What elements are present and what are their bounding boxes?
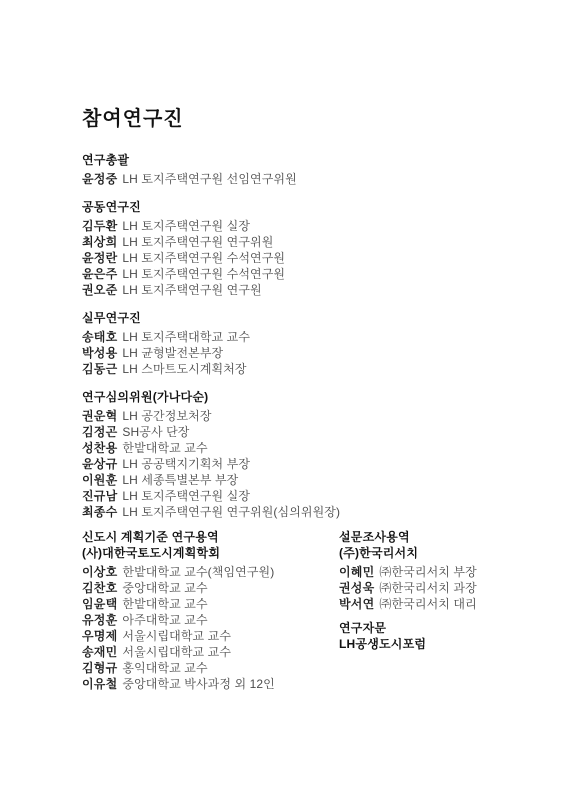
member-name: 박성용 (82, 346, 117, 360)
section-research-advisory: 연구자문 LH공생도시포럼 (339, 620, 544, 652)
member-affiliation: ㈜한국리서치 부장 (379, 565, 476, 579)
document-page: 참여연구진 연구총괄 윤정중LH 토지주택연구원 선임연구위원 공동연구진 김두… (0, 0, 566, 800)
member-row: 권운혁LH 공간정보처장 (82, 408, 544, 424)
member-list: 이혜민㈜한국리서치 부장 권성욱㈜한국리서치 과장 박서연㈜한국리서치 대리 (339, 564, 544, 612)
member-affiliation: LH 공공택지기획처 부장 (122, 457, 250, 471)
member-row: 진규남LH 토지주택연구원 실장 (82, 488, 544, 504)
member-affiliation: LH 토지주택연구원 연구위원 (122, 235, 273, 249)
member-name: 김찬호 (82, 581, 117, 595)
member-row: 성찬용한밭대학교 교수 (82, 440, 544, 456)
organization-name: (주)한국리서치 (339, 545, 544, 561)
member-affiliation: LH 토지주택연구원 실장 (122, 219, 250, 233)
member-row: 송재민서울시립대학교 교수 (82, 644, 339, 660)
section-working-researchers: 실무연구진 송태호LH 토지주택대학교 교수 박성용LH 균형발전본부장 김동근… (82, 310, 544, 377)
member-name: 최종수 (82, 505, 117, 519)
member-name: 이원훈 (82, 473, 117, 487)
member-name: 진규남 (82, 489, 117, 503)
member-name: 우명제 (82, 629, 117, 643)
member-affiliation: 중앙대학교 교수 (122, 581, 207, 595)
member-affiliation: ㈜한국리서치 대리 (379, 597, 476, 611)
organization-name: (사)대한국토도시계획학회 (82, 545, 339, 561)
section-research-director: 연구총괄 윤정중LH 토지주택연구원 선임연구위원 (82, 152, 544, 187)
member-affiliation: LH 토지주택연구원 수석연구원 (122, 267, 285, 281)
member-row: 임윤택한밭대학교 교수 (82, 596, 339, 612)
member-row: 박서연㈜한국리서치 대리 (339, 596, 544, 612)
section-heading: 실무연구진 (82, 310, 544, 326)
member-row: 권오준LH 토지주택연구원 연구원 (82, 282, 544, 298)
member-name: 이혜민 (339, 565, 374, 579)
member-name: 권운혁 (82, 409, 117, 423)
member-row: 이유철중앙대학교 박사과정 외 12인 (82, 676, 339, 692)
column-survey-service: 설문조사용역 (주)한국리서치 이혜민㈜한국리서치 부장 권성욱㈜한국리서치 과… (339, 529, 544, 692)
member-name: 성찬용 (82, 441, 117, 455)
member-name: 권오준 (82, 283, 117, 297)
member-name: 윤정란 (82, 251, 117, 265)
section-joint-researchers: 공동연구진 김두환LH 토지주택연구원 실장 최상희LH 토지주택연구원 연구위… (82, 199, 544, 298)
member-affiliation: LH 공간정보처장 (122, 409, 211, 423)
page-title: 참여연구진 (82, 106, 544, 132)
member-name: 이상호 (82, 565, 117, 579)
member-row: 김찬호중앙대학교 교수 (82, 580, 339, 596)
member-row: 권성욱㈜한국리서치 과장 (339, 580, 544, 596)
member-affiliation: LH 세종특별본부 부장 (122, 473, 238, 487)
member-affiliation: 서울시립대학교 교수 (122, 629, 231, 643)
member-name: 임윤택 (82, 597, 117, 611)
member-affiliation: LH 스마트도시계획처장 (122, 362, 246, 376)
member-row: 이혜민㈜한국리서치 부장 (339, 564, 544, 580)
member-list: 권운혁LH 공간정보처장 김정곤SH공사 단장 성찬용한밭대학교 교수 윤상규L… (82, 408, 544, 520)
member-name: 송재민 (82, 645, 117, 659)
member-row: 윤상규LH 공공택지기획처 부장 (82, 456, 544, 472)
member-affiliation: LH 균형발전본부장 (122, 346, 223, 360)
member-name: 윤정중 (82, 172, 117, 186)
section-review-committee: 연구심의위원(가나다순) 권운혁LH 공간정보처장 김정곤SH공사 단장 성찬용… (82, 389, 544, 520)
member-name: 박서연 (339, 597, 374, 611)
member-name: 김두환 (82, 219, 117, 233)
member-name: 김동근 (82, 362, 117, 376)
section-heading: 연구심의위원(가나다순) (82, 389, 544, 405)
member-affiliation: ㈜한국리서치 과장 (379, 581, 476, 595)
member-affiliation: 아주대학교 교수 (122, 613, 207, 627)
member-name: 김정곤 (82, 425, 117, 439)
member-row: 이상호한밭대학교 교수(책임연구원) (82, 564, 339, 580)
member-row: 최종수LH 토지주택연구원 연구위원(심의위원장) (82, 504, 544, 520)
member-affiliation: SH공사 단장 (122, 425, 189, 439)
member-row: 윤정중LH 토지주택연구원 선임연구위원 (82, 171, 544, 187)
member-name: 권성욱 (339, 581, 374, 595)
member-affiliation: 홍익대학교 교수 (122, 661, 207, 675)
member-row: 김정곤SH공사 단장 (82, 424, 544, 440)
member-name: 윤상규 (82, 457, 117, 471)
member-row: 윤정란LH 토지주택연구원 수석연구원 (82, 250, 544, 266)
page-content: 참여연구진 연구총괄 윤정중LH 토지주택연구원 선임연구위원 공동연구진 김두… (82, 106, 544, 692)
section-heading: 연구총괄 (82, 152, 544, 168)
section-heading: 공동연구진 (82, 199, 544, 215)
bottom-two-column-area: 신도시 계획기준 연구용역 (사)대한국토도시계획학회 이상호한밭대학교 교수(… (82, 529, 544, 692)
member-row: 박성용LH 균형발전본부장 (82, 345, 544, 361)
member-name: 송태호 (82, 330, 117, 344)
member-name: 윤은주 (82, 267, 117, 281)
member-affiliation: 한밭대학교 교수 (122, 441, 207, 455)
member-affiliation: 중앙대학교 박사과정 외 12인 (122, 677, 274, 691)
member-affiliation: 한밭대학교 교수 (122, 597, 207, 611)
member-name: 김형규 (82, 661, 117, 675)
service-heading: 신도시 계획기준 연구용역 (82, 529, 339, 545)
member-row: 송태호LH 토지주택대학교 교수 (82, 329, 544, 345)
member-row: 김동근LH 스마트도시계획처장 (82, 361, 544, 377)
member-affiliation: LH 토지주택대학교 교수 (122, 330, 250, 344)
member-affiliation: LH 토지주택연구원 연구위원(심의위원장) (122, 505, 340, 519)
member-row: 최상희LH 토지주택연구원 연구위원 (82, 234, 544, 250)
member-affiliation: LH 토지주택연구원 실장 (122, 489, 250, 503)
section-heading: 연구자문 (339, 620, 544, 636)
member-list: 김두환LH 토지주택연구원 실장 최상희LH 토지주택연구원 연구위원 윤정란L… (82, 218, 544, 298)
member-row: 유정훈아주대학교 교수 (82, 612, 339, 628)
member-row: 김두환LH 토지주택연구원 실장 (82, 218, 544, 234)
member-row: 김형규홍익대학교 교수 (82, 660, 339, 676)
column-planning-service: 신도시 계획기준 연구용역 (사)대한국토도시계획학회 이상호한밭대학교 교수(… (82, 529, 339, 692)
member-row: 윤은주LH 토지주택연구원 수석연구원 (82, 266, 544, 282)
member-list: 윤정중LH 토지주택연구원 선임연구위원 (82, 171, 544, 187)
member-name: 이유철 (82, 677, 117, 691)
member-affiliation: LH 토지주택연구원 선임연구위원 (122, 172, 296, 186)
member-row: 우명제서울시립대학교 교수 (82, 628, 339, 644)
member-list: 이상호한밭대학교 교수(책임연구원) 김찬호중앙대학교 교수 임윤택한밭대학교 … (82, 564, 339, 692)
service-heading: 설문조사용역 (339, 529, 544, 545)
member-affiliation: LH 토지주택연구원 수석연구원 (122, 251, 285, 265)
member-row: 이원훈LH 세종특별본부 부장 (82, 472, 544, 488)
member-affiliation: LH 토지주택연구원 연구원 (122, 283, 261, 297)
advisory-organization: LH공생도시포럼 (339, 636, 544, 652)
member-name: 최상희 (82, 235, 117, 249)
member-list: 송태호LH 토지주택대학교 교수 박성용LH 균형발전본부장 김동근LH 스마트… (82, 329, 544, 377)
member-affiliation: 한밭대학교 교수(책임연구원) (122, 565, 274, 579)
member-name: 유정훈 (82, 613, 117, 627)
member-affiliation: 서울시립대학교 교수 (122, 645, 231, 659)
